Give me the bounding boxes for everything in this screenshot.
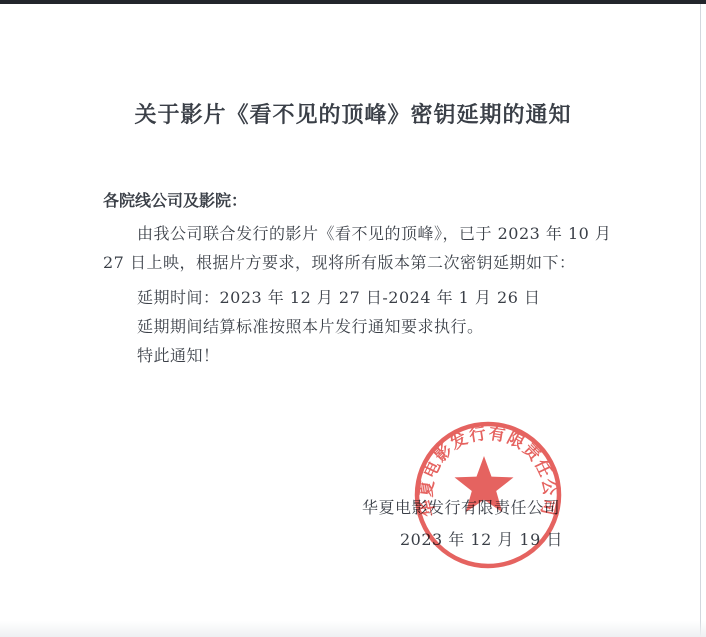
body-line-5: 特此通知！ [103,346,220,366]
page-bottom-shade [0,621,706,637]
body-line-3: 延期时间：2023 年 12 月 27 日-2024 年 1 月 26 日 [103,288,540,308]
salutation-line: 各院线公司及影院： [103,188,247,211]
notice-title: 关于影片《看不见的顶峰》密钥延期的通知 [0,98,706,129]
body-line-4: 延期期间结算标准按照本片发行通知要求执行。 [103,317,484,337]
body-line-2: 27 日上映，根据片方要求，现将所有版本第二次密钥延期如下： [103,253,575,273]
company-seal: 华夏电影发行有限责任公司 [403,411,575,583]
window-top-border [0,0,706,4]
red-star-icon [455,456,514,512]
body-line-1: 由我公司联合发行的影片《看不见的顶峰》，已于 2023 年 10 月 [103,224,611,244]
notice-document-page: 关于影片《看不见的顶峰》密钥延期的通知 各院线公司及影院： 由我公司联合发行的影… [0,0,706,637]
